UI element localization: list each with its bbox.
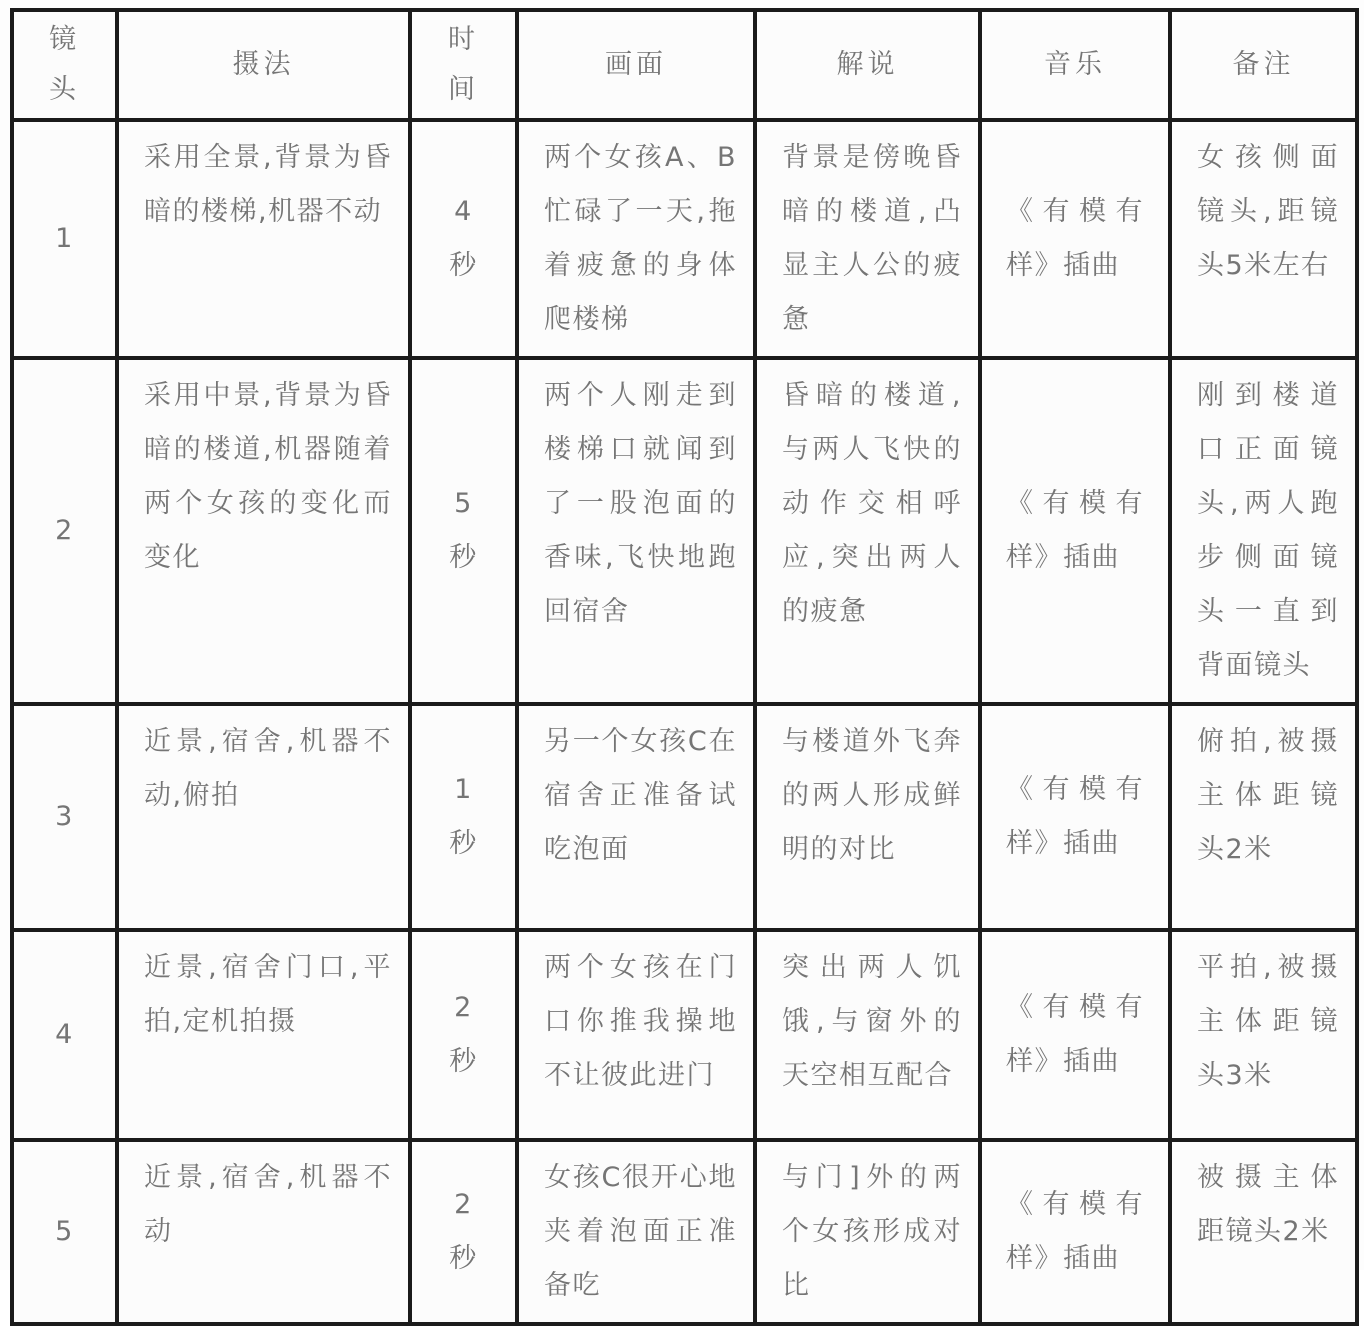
cell-time: 1 秒 bbox=[410, 704, 517, 930]
cell-notes: 被摄主体距镜头2米 bbox=[1170, 1140, 1357, 1324]
column-header-music: 音乐 bbox=[980, 10, 1170, 120]
table-row: 3 近景,宿舍,机器不动,俯拍 1 秒 另一个女孩C在宿舍正准备试吃泡面 与楼道… bbox=[12, 704, 1357, 930]
column-header-time: 时 间 bbox=[410, 10, 517, 120]
cell-method: 近景,宿舍门口,平拍,定机拍摄 bbox=[117, 930, 410, 1140]
column-header-shot: 镜 头 bbox=[12, 10, 117, 120]
cell-notes: 女孩侧面镜头,距镜头5米左右 bbox=[1170, 120, 1357, 358]
column-header-notes: 备注 bbox=[1170, 10, 1357, 120]
cell-time: 5 秒 bbox=[410, 358, 517, 704]
header-row: 镜 头 摄法 时 间 画面 解说 音乐 备注 bbox=[12, 10, 1357, 120]
cell-method: 采用中景,背景为昏暗的楼道,机器随着两个女孩的变化而变化 bbox=[117, 358, 410, 704]
column-header-narration: 解说 bbox=[755, 10, 980, 120]
cell-method: 近景,宿舍,机器不动,俯拍 bbox=[117, 704, 410, 930]
storyboard-sheet: 镜 头 摄法 时 间 画面 解说 音乐 备注 1 采用全景,背景为昏暗的楼梯,机… bbox=[0, 0, 1364, 1270]
table-row: 5 近景,宿舍,机器不动 2 秒 女孩C很开心地夹着泡面正准备吃 与门]外的两个… bbox=[12, 1140, 1357, 1324]
cell-frame: 两个人刚走到楼梯口就闻到了一股泡面的香味,飞快地跑回宿舍 bbox=[517, 358, 755, 704]
cell-music: 《有模有样》插曲 bbox=[980, 1140, 1170, 1324]
cell-narration: 与门]外的两个女孩形成对比 bbox=[755, 1140, 980, 1324]
cell-notes: 平拍,被摄主体距镜头3米 bbox=[1170, 930, 1357, 1140]
storyboard-table: 镜 头 摄法 时 间 画面 解说 音乐 备注 1 采用全景,背景为昏暗的楼梯,机… bbox=[10, 8, 1359, 1326]
cell-shot-number: 4 bbox=[12, 930, 117, 1140]
cell-music: 《有模有样》插曲 bbox=[980, 120, 1170, 358]
cell-frame: 两个女孩A、B忙碌了一天,拖着疲惫的身体爬楼梯 bbox=[517, 120, 755, 358]
cell-music: 《有模有样》插曲 bbox=[980, 930, 1170, 1140]
cell-method: 近景,宿舍,机器不动 bbox=[117, 1140, 410, 1324]
table-row: 2 采用中景,背景为昏暗的楼道,机器随着两个女孩的变化而变化 5 秒 两个人刚走… bbox=[12, 358, 1357, 704]
cell-notes: 刚到楼道口正面镜头,两人跑步侧面镜头一直到背面镜头 bbox=[1170, 358, 1357, 704]
cell-time: 2 秒 bbox=[410, 1140, 517, 1324]
cell-time: 4 秒 bbox=[410, 120, 517, 358]
column-header-method: 摄法 bbox=[117, 10, 410, 120]
cell-frame: 另一个女孩C在宿舍正准备试吃泡面 bbox=[517, 704, 755, 930]
cell-shot-number: 5 bbox=[12, 1140, 117, 1324]
table-row: 1 采用全景,背景为昏暗的楼梯,机器不动 4 秒 两个女孩A、B忙碌了一天,拖着… bbox=[12, 120, 1357, 358]
cell-music: 《有模有样》插曲 bbox=[980, 358, 1170, 704]
cell-shot-number: 1 bbox=[12, 120, 117, 358]
cell-shot-number: 3 bbox=[12, 704, 117, 930]
cell-shot-number: 2 bbox=[12, 358, 117, 704]
cell-notes: 俯拍,被摄主体距镜头2米 bbox=[1170, 704, 1357, 930]
cell-music: 《有模有样》插曲 bbox=[980, 704, 1170, 930]
cell-frame: 女孩C很开心地夹着泡面正准备吃 bbox=[517, 1140, 755, 1324]
cell-time: 2 秒 bbox=[410, 930, 517, 1140]
cell-narration: 突出两人饥饿,与窗外的天空相互配合 bbox=[755, 930, 980, 1140]
cell-narration: 与楼道外飞奔的两人形成鲜明的对比 bbox=[755, 704, 980, 930]
cell-narration: 昏暗的楼道,与两人飞快的动作交相呼应,突出两人的疲惫 bbox=[755, 358, 980, 704]
column-header-frame: 画面 bbox=[517, 10, 755, 120]
table-row: 4 近景,宿舍门口,平拍,定机拍摄 2 秒 两个女孩在门口你推我操地不让彼此进门… bbox=[12, 930, 1357, 1140]
cell-narration: 背景是傍晚昏暗的楼道,凸显主人公的疲惫 bbox=[755, 120, 980, 358]
cell-frame: 两个女孩在门口你推我操地不让彼此进门 bbox=[517, 930, 755, 1140]
cell-method: 采用全景,背景为昏暗的楼梯,机器不动 bbox=[117, 120, 410, 358]
